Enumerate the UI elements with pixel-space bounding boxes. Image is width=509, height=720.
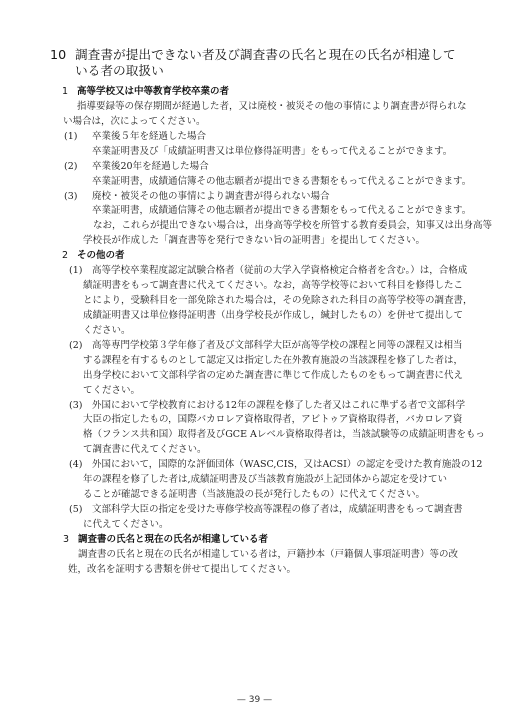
item-line: 成績証明書又は単位修得証明書（出身学校長が作成し，緘封したもの）を併せて提出して	[83, 309, 463, 323]
item-line: 外国において，国際的な評価団体（WASC,CIS，又はACSI）の認定を受けた教…	[92, 458, 482, 472]
item-label: (1)	[64, 130, 77, 144]
chapter-title-line: いる者の取扱い	[75, 63, 164, 79]
paragraph-line: い場合は，次によってください。	[63, 115, 206, 129]
item-line: 廃校・被災その他の事情により調査書が得られない場合	[92, 190, 330, 204]
section-number: 3	[63, 533, 69, 547]
item-line: する課程を有するものとして認定又は指定した在外教育施設の当該課程を修了した者は，	[83, 354, 463, 368]
item-line: 学校長が作成した「調査書等を発行できない旨の証明書」を提出してください。	[83, 234, 425, 248]
section-number: 2	[62, 249, 68, 263]
item-line: ください。	[83, 324, 131, 338]
item-line: 高等専門学校第３学年修了者及び文部科学大臣が高等学校の課程と同等の課程又は相当	[92, 339, 463, 353]
item-line: 年の課程を修了した者は,成績証明書及び当該教育施設が上記団体から認定を受けてい	[83, 473, 447, 487]
document-page: 10 調査書が提出できない者及び調査書の氏名と現在の氏名が相違して いる者の取扱…	[0, 0, 509, 720]
item-line: 績証明書をもって調査書に代えてください。なお，高等学校等において科目を修得したこ	[83, 279, 463, 293]
item-line: ることが確認できる証明書（当該施設の長が発行したもの）に代えてください。	[83, 488, 425, 502]
section-number: 1	[62, 85, 68, 99]
paragraph-line: 姓，改名を証明する書類を併せて提出してください。	[68, 563, 296, 577]
section-heading: 高等学校又は中等教育学校卒業の者	[77, 85, 229, 99]
item-label: (2)	[64, 160, 77, 174]
item-line: 外国において学校教育における12年の課程を修了した者又はこれに準ずる者で文部科学	[92, 399, 465, 413]
section-heading: その他の者	[77, 249, 125, 263]
item-line: なお，これらが提出できない場合は，出身高等学校を所管する教育委員会，知事又は出身…	[93, 219, 492, 233]
paragraph-line: 指導要録等の保存期間が経過した者，又は廃校・被災その他の事情により調査書が得られ…	[77, 100, 467, 114]
item-line: 出身学校において文部科学省の定めた調査書に準じて作成したものをもって調査書に代え	[83, 369, 463, 383]
item-line: てください。	[83, 384, 140, 398]
item-line: 卒業証明書及び「成績証明書又は単位修得証明書」をもって代えることができます。	[92, 145, 452, 159]
item-line: 高等学校卒業程度認定試験合格者（従前の大学入学資格検定合格者を含む。）は，合格成	[92, 264, 467, 278]
item-line: て調査書に代えてください。	[83, 443, 207, 457]
page-number: — 39 —	[0, 694, 509, 706]
item-line: 格（フランス共和国）取得者及びGCE Aレベル資格取得者は，当該試験等の成績証明…	[83, 428, 485, 442]
item-line: とにより，受験科目を一部免除された場合は，その免除された科目の高等学校等の調査書…	[83, 294, 473, 308]
section-1: 1 高等学校又は中等教育学校卒業の者 指導要録等の保存期間が経過した者，又は廃校…	[0, 0, 509, 720]
item-line: 大臣の指定したもの，国際バカロレア資格取得者，アビトゥア資格取得者，バカロレア資	[83, 413, 462, 427]
item-label: (2)	[69, 339, 82, 353]
paragraph-line: 調査書の氏名と現在の氏名が相違している者は，戸籍抄本（戸籍個人事項証明書）等の改	[78, 548, 458, 562]
item-label: (4)	[69, 458, 82, 472]
item-label: (3)	[64, 190, 77, 204]
item-label: (1)	[69, 264, 82, 278]
item-label: (3)	[69, 399, 82, 413]
item-line: 卒業後５年を経過した場合	[92, 130, 206, 144]
item-line: 卒業証明書，成績通信簿その他志願者が提出できる書類をもって代えることができます。	[92, 175, 471, 189]
chapter-title-line: 調査書が提出できない者及び調査書の氏名と現在の氏名が相違して	[75, 47, 456, 63]
item-line: 卒業証明書，成績通信簿その他志願者が提出できる書類をもって代えることができます。	[92, 204, 471, 218]
section-heading: 調査書の氏名と現在の氏名が相違している者	[78, 533, 268, 547]
item-line: に代えてください。	[83, 518, 169, 532]
item-line: 文部科学大臣の指定を受けた専修学校高等課程の修了者は，成績証明書をもって調査書	[92, 503, 463, 517]
section-3: 3 調査書の氏名と現在の氏名が相違している者 調査書の氏名と現在の氏名が相違して…	[0, 0, 509, 720]
section-2: 2 その他の者 (1) 高等学校卒業程度認定試験合格者（従前の大学入学資格検定合…	[0, 0, 509, 720]
item-line: 卒業後20年を経過した場合	[92, 160, 209, 174]
item-label: (5)	[69, 503, 82, 517]
chapter-number: 10	[50, 47, 66, 63]
